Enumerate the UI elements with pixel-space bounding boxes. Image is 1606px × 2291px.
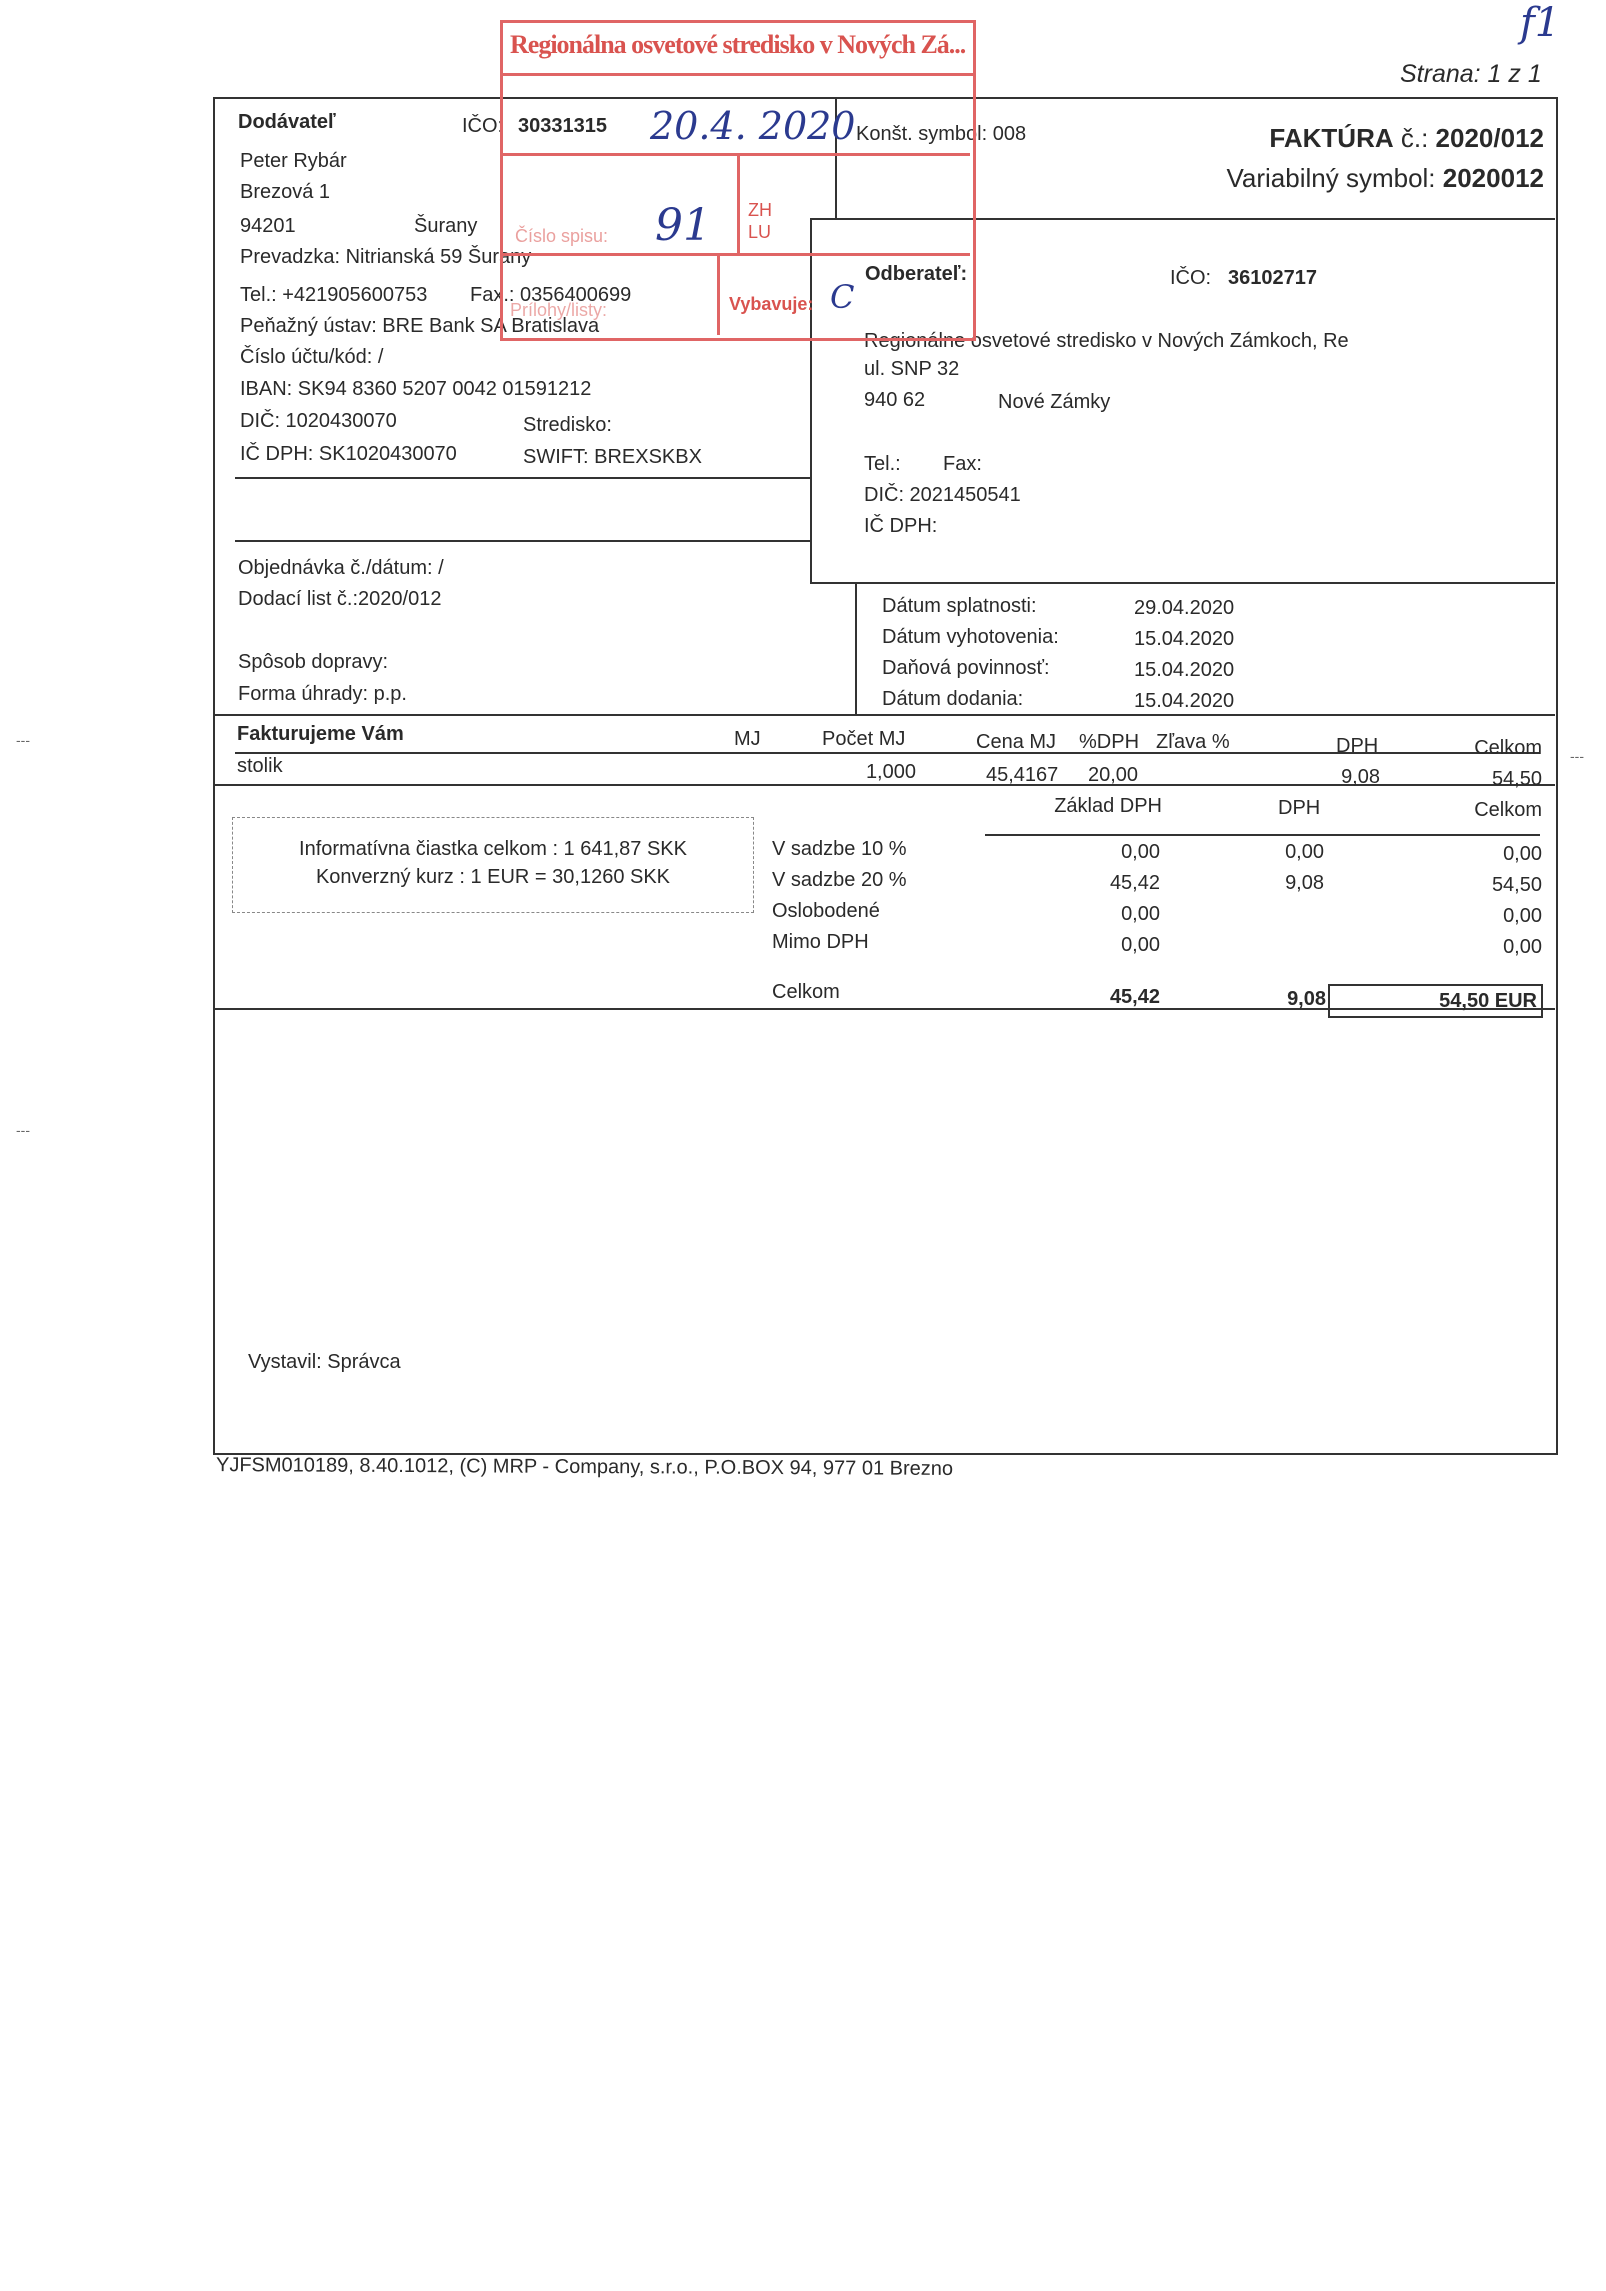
date-label: Dátum splatnosti:	[882, 594, 1037, 618]
summary-row-base: 0,00	[1121, 902, 1160, 926]
customer-fax: Fax:	[943, 452, 982, 476]
payment-method: Forma úhrady: p.p.	[238, 682, 407, 706]
item-total: 54,50	[1492, 767, 1542, 791]
margin-mark: ---	[16, 1122, 30, 1138]
handwritten-page-mark: f1	[1520, 0, 1560, 46]
date-value: 15.04.2020	[1134, 689, 1234, 713]
stamp-divider	[500, 153, 970, 156]
margin-mark: ---	[1570, 748, 1584, 764]
stamp-prilohy-label: Prílohy/listy:	[510, 300, 607, 321]
date-label: Daňová povinnosť:	[882, 656, 1050, 680]
supplier-dic: DIČ: 1020430070	[240, 409, 397, 433]
stamp-divider	[717, 253, 720, 335]
supplier-heading: Dodávateľ	[238, 110, 336, 134]
supplier-account: Číslo účtu/kód: /	[240, 345, 383, 369]
summary-row-label: Mimo DPH	[772, 930, 869, 954]
customer-street: ul. SNP 32	[864, 357, 959, 381]
date-label: Dátum vyhotovenia:	[882, 625, 1059, 649]
grand-total-box: 54,50 EUR	[1328, 984, 1543, 1018]
info-exchange-rate: Konverzný kurz : 1 EUR = 30,1260 SKK	[233, 865, 753, 889]
supplier-stredisko: Stredisko:	[523, 413, 612, 437]
customer-ico-value: 36102717	[1228, 266, 1317, 290]
footer-software: YJFSM010189, 8.40.1012, (C) MRP - Compan…	[216, 1453, 953, 1481]
summary-row-total: 0,00	[1503, 904, 1542, 928]
stamp-cislo-label: Číslo spisu:	[515, 226, 608, 247]
variable-symbol-label: Variabilný symbol:	[1226, 163, 1435, 193]
customer-ico-label: IČO:	[1170, 266, 1211, 290]
supplier-tel: Tel.: +421905600753	[240, 283, 427, 307]
supplier-ico-label: IČO:	[462, 114, 503, 138]
stamp-cislo-handwritten: 91	[655, 200, 711, 251]
summary-row-label: Oslobodené	[772, 899, 880, 923]
customer-tel: Tel.:	[864, 452, 901, 476]
supplier-name: Peter Rybár	[240, 149, 347, 173]
summary-header-vat: DPH	[1278, 796, 1320, 820]
summary-row-label: V sadzbe 20 %	[772, 868, 907, 892]
info-box: Informatívna čiastka celkom : 1 641,87 S…	[232, 817, 754, 913]
summary-row-total: 0,00	[1503, 842, 1542, 866]
customer-dic: DIČ: 2021450541	[864, 483, 1021, 507]
col-header-dph-pct: %DPH	[1079, 730, 1139, 754]
date-label: Dátum dodania:	[882, 687, 1023, 711]
summary-total-label: Celkom	[772, 980, 840, 1004]
col-header-dph: DPH	[1336, 734, 1378, 758]
dates-divider	[855, 583, 857, 715]
supplier-prevadzka: Prevadzka: Nitrianská 59 Šurany	[240, 245, 531, 269]
customer-city: Nové Zámky	[998, 390, 1110, 414]
stamp-lu: LU	[748, 222, 771, 243]
summary-header-total: Celkom	[1474, 798, 1542, 822]
summary-row-vat: 9,08	[1285, 871, 1324, 895]
summary-row-total: 0,00	[1503, 935, 1542, 959]
variable-symbol: Variabilný symbol: 2020012	[1226, 163, 1544, 194]
stamp-zh: ZH	[748, 200, 772, 221]
col-header-zlava: Zľava %	[1156, 730, 1230, 754]
stamp-vybavuje-label: Vybavuje:	[729, 294, 813, 315]
stamp-title: Regionálna osvetové stredisko v Nových Z…	[510, 30, 965, 60]
col-header-celkom: Celkom	[1474, 736, 1542, 760]
margin-mark: ---	[16, 732, 30, 748]
delivery-note: Dodací list č.:2020/012	[238, 587, 441, 611]
invoice-title-word: FAKTÚRA	[1269, 123, 1393, 153]
col-header-pocet: Počet MJ	[822, 727, 905, 751]
summary-row-total: 54,50	[1492, 873, 1542, 897]
invoice-title-c: č.:	[1401, 123, 1428, 153]
item-unit-price: 45,4167	[986, 763, 1058, 787]
supplier-zip: 94201	[240, 214, 296, 238]
item-quantity: 1,000	[866, 760, 916, 784]
summary-total-vat: 9,08	[1287, 987, 1326, 1011]
supplier-street: Brezová 1	[240, 180, 330, 204]
variable-symbol-value: 2020012	[1443, 163, 1544, 193]
summary-row-vat: 0,00	[1285, 840, 1324, 864]
supplier-section-line	[235, 540, 811, 542]
order-number: Objednávka č./dátum: /	[238, 556, 444, 580]
stamp-vybavuje-handwritten: C	[830, 278, 854, 316]
customer-box-bottom	[810, 582, 1555, 584]
invoice-title: FAKTÚRA č.: 2020/012	[1269, 123, 1544, 154]
grand-total-value: 54,50 EUR	[1439, 989, 1537, 1013]
customer-zip: 940 62	[864, 388, 925, 412]
date-value: 29.04.2020	[1134, 596, 1234, 620]
invoice-number: 2020/012	[1436, 123, 1544, 153]
item-name: stolik	[237, 754, 283, 778]
date-value: 15.04.2020	[1134, 627, 1234, 651]
info-amount: Informatívna čiastka celkom : 1 641,87 S…	[233, 834, 753, 865]
item-vat-rate: 20,00	[1088, 763, 1138, 787]
summary-row-base: 0,00	[1121, 933, 1160, 957]
date-value: 15.04.2020	[1134, 658, 1234, 682]
supplier-city: Šurany	[414, 214, 477, 238]
col-header-mj: MJ	[734, 727, 761, 751]
stamp-divider	[737, 153, 740, 255]
issued-by: Vystavil: Správca	[248, 1350, 401, 1374]
transport-method: Spôsob dopravy:	[238, 650, 388, 674]
summary-row-base: 45,42	[1110, 871, 1160, 895]
supplier-iban: IBAN: SK94 8360 5207 0042 01591212	[240, 377, 591, 401]
summary-total-base: 45,42	[1110, 985, 1160, 1009]
supplier-swift: SWIFT: BREXSKBX	[523, 445, 702, 469]
summary-row-base: 0,00	[1121, 840, 1160, 864]
customer-ic-dph: IČ DPH:	[864, 514, 937, 538]
stamp-divider	[500, 253, 970, 256]
item-vat: 9,08	[1341, 765, 1380, 789]
summary-row-label: V sadzbe 10 %	[772, 837, 907, 861]
col-header-cena: Cena MJ	[976, 730, 1056, 754]
supplier-ic-dph: IČ DPH: SK1020430070	[240, 442, 457, 466]
stamp-handwritten-date: 20.4. 2020	[650, 104, 855, 148]
items-top-line	[215, 714, 1555, 716]
col-header-item: Fakturujeme Vám	[237, 722, 404, 746]
supplier-section-line	[235, 477, 811, 479]
summary-header-base: Základ DPH	[1054, 794, 1162, 818]
page-number: Strana: 1 z 1	[1400, 60, 1542, 89]
summary-header-line	[985, 834, 1540, 836]
